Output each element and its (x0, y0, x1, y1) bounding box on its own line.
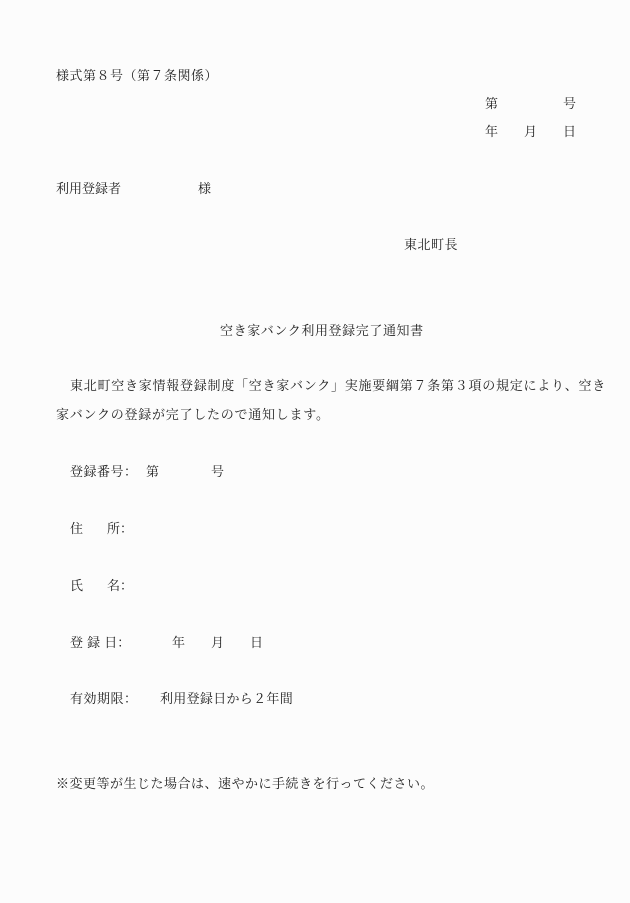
address-label-char2: 所： (107, 522, 133, 538)
reference-number-suffix: 号 (563, 97, 576, 113)
body-line-2: 家バンクの登録が完了したので通知します。 (56, 408, 330, 424)
notification-document: 様式第８号（第７条関係） 第 号 年 月 日 利用登録者 様 東北町長 空き家バ… (0, 0, 630, 903)
registration-number-suffix: 号 (211, 465, 224, 481)
name-label-char1: 氏 (70, 579, 83, 595)
reference-number-prefix: 第 (485, 97, 498, 113)
change-notice: ※変更等が生じた場合は、速やかに手続きを行ってください。 (56, 777, 434, 793)
issue-date-month: 月 (524, 125, 537, 141)
issue-date-day: 日 (563, 125, 576, 141)
registration-number-label: 登録番号： (70, 465, 138, 481)
registration-date-year: 年 (172, 636, 185, 652)
address-label-char1: 住 (70, 522, 83, 538)
recipient-honorific: 様 (198, 182, 211, 198)
validity-label: 有効期限： (70, 692, 138, 708)
issue-date-year: 年 (485, 125, 498, 141)
name-label-char2: 名： (107, 579, 133, 595)
registration-date-day: 日 (250, 636, 263, 652)
registration-date-month: 月 (211, 636, 224, 652)
document-title: 空き家バンク利用登録完了通知書 (220, 324, 424, 340)
registration-date-label: 登 録 日： (70, 636, 130, 652)
recipient-label: 利用登録者 (56, 182, 121, 198)
sender-name: 東北町長 (404, 238, 458, 254)
validity-value: 利用登録日から２年間 (160, 692, 293, 708)
registration-number-prefix: 第 (146, 465, 159, 481)
body-line-1: 東北町空き家情報登録制度「空き家バンク」実施要綱第７条第３項の規定により、空き (70, 379, 606, 395)
form-number: 様式第８号（第７条関係） (56, 69, 218, 85)
